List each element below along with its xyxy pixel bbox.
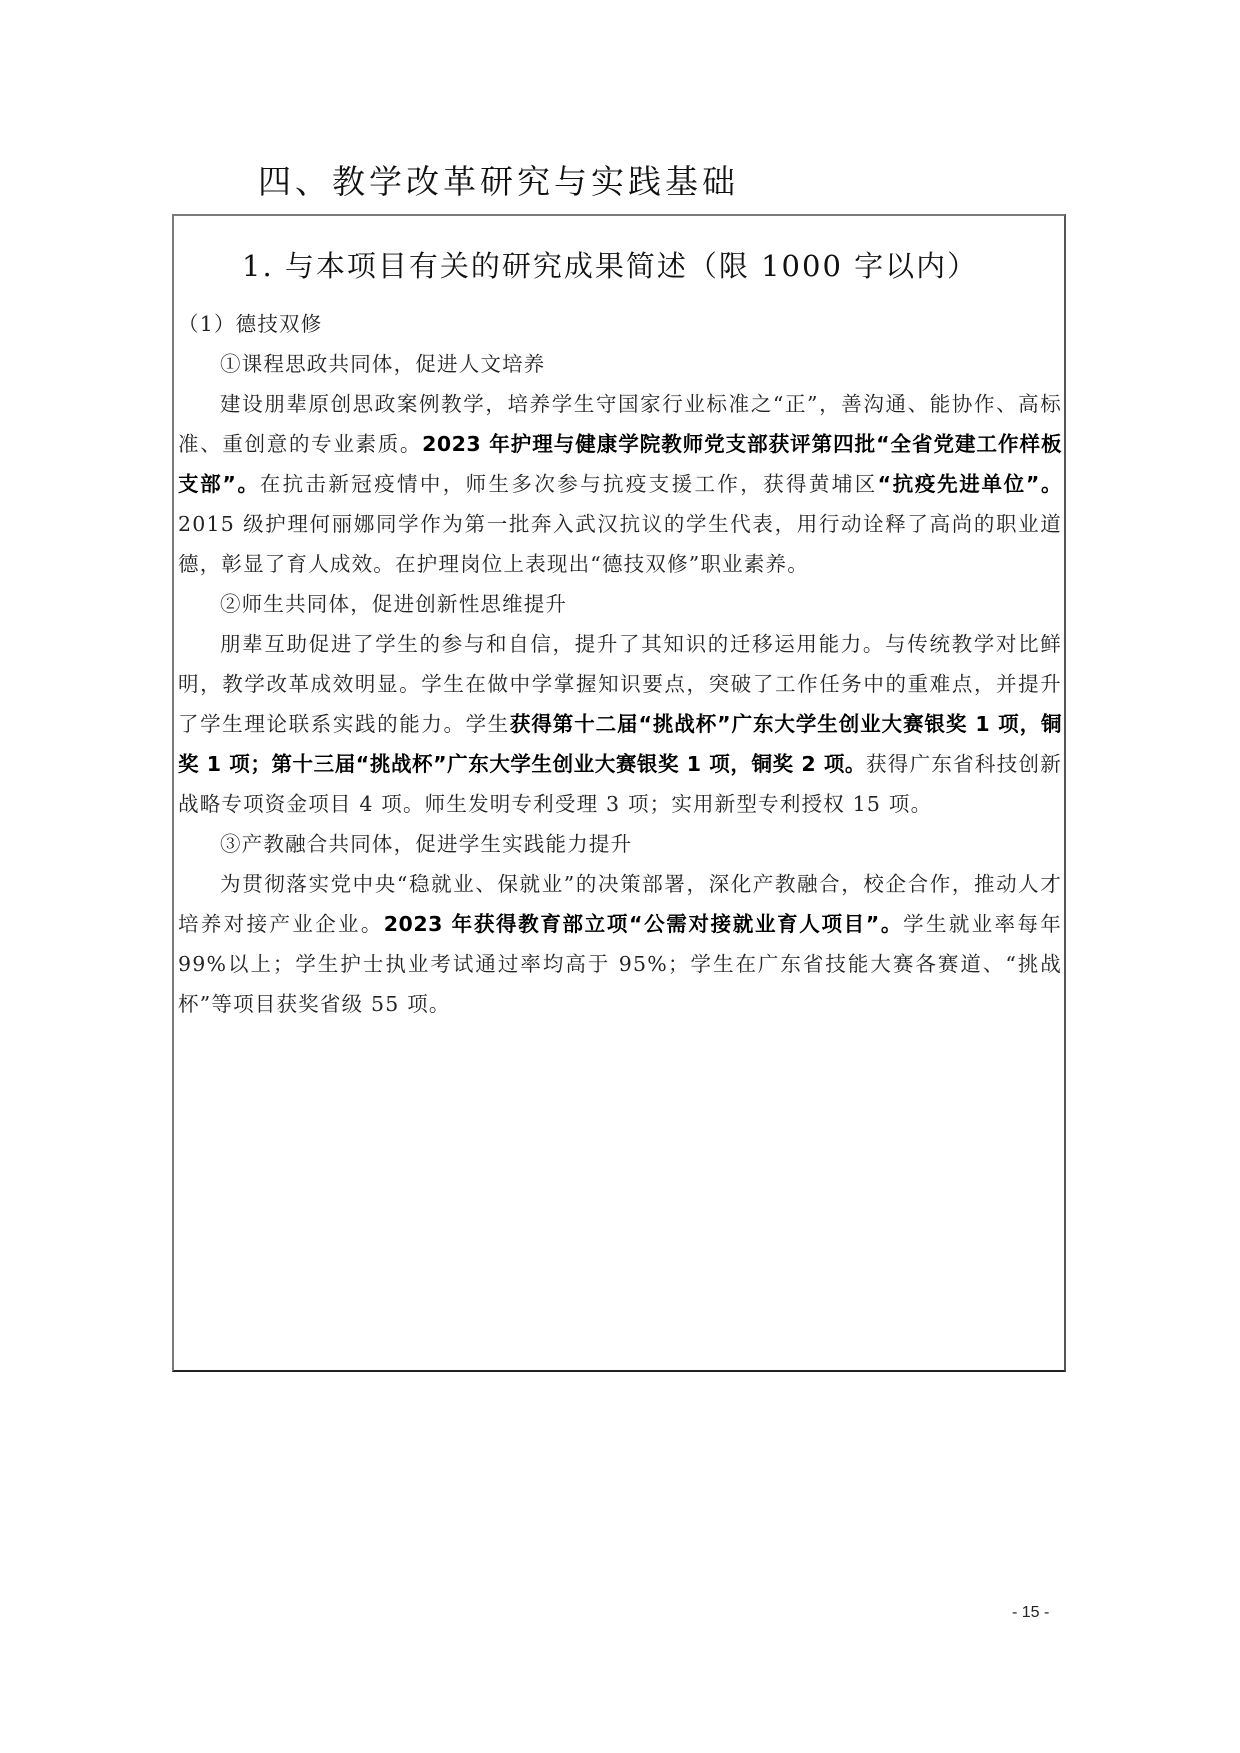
subsection-paragraph-3: 为贯彻落实党中央“稳就业、保就业”的决策部署，深化产教融合，校企合作，推动人才培…: [178, 864, 1062, 1024]
content-body: （1）德技双修 ①课程思政共同体，促进人文培养 建设朋辈原创思政案例教学，培养学…: [178, 304, 1062, 1024]
subtitle: 1. 与本项目有关的研究成果简述（限 1000 字以内）: [242, 246, 978, 286]
subsection-heading-3: ③产教融合共同体，促进学生实践能力提升: [178, 824, 1062, 864]
bold-segment: 2023 年获得教育部立项“公需对接就业育人项目”。: [384, 912, 903, 936]
subsection-paragraph-1: 建设朋辈原创思政案例教学，培养学生守国家行业标准之“正”，善沟通、能协作、高标准…: [178, 384, 1062, 584]
subsection-paragraph-2: 朋辈互助促进了学生的参与和自信，提升了其知识的迁移运用能力。与传统教学对比鲜明，…: [178, 624, 1062, 824]
bold-segment: “抗疫先进单位”。: [878, 472, 1062, 496]
text-segment: 2015 级护理何丽娜同学作为第一批奔入武汉抗议的学生代表，用行动诠释了高尚的职…: [178, 512, 1062, 576]
section-title: 四、教学改革研究与实践基础: [258, 160, 739, 204]
page-number: - 15 -: [1012, 1604, 1049, 1622]
text-segment: 在抗击新冠疫情中，师生多次参与抗疫支援工作，获得黄埔区: [260, 472, 878, 496]
subsection-heading-2: ②师生共同体，促进创新性思维提升: [178, 584, 1062, 624]
heading-level1: （1）德技双修: [178, 304, 1062, 344]
content-table-cell: 1. 与本项目有关的研究成果简述（限 1000 字以内） （1）德技双修 ①课程…: [172, 214, 1066, 1372]
subsection-heading-1: ①课程思政共同体，促进人文培养: [178, 344, 1062, 384]
